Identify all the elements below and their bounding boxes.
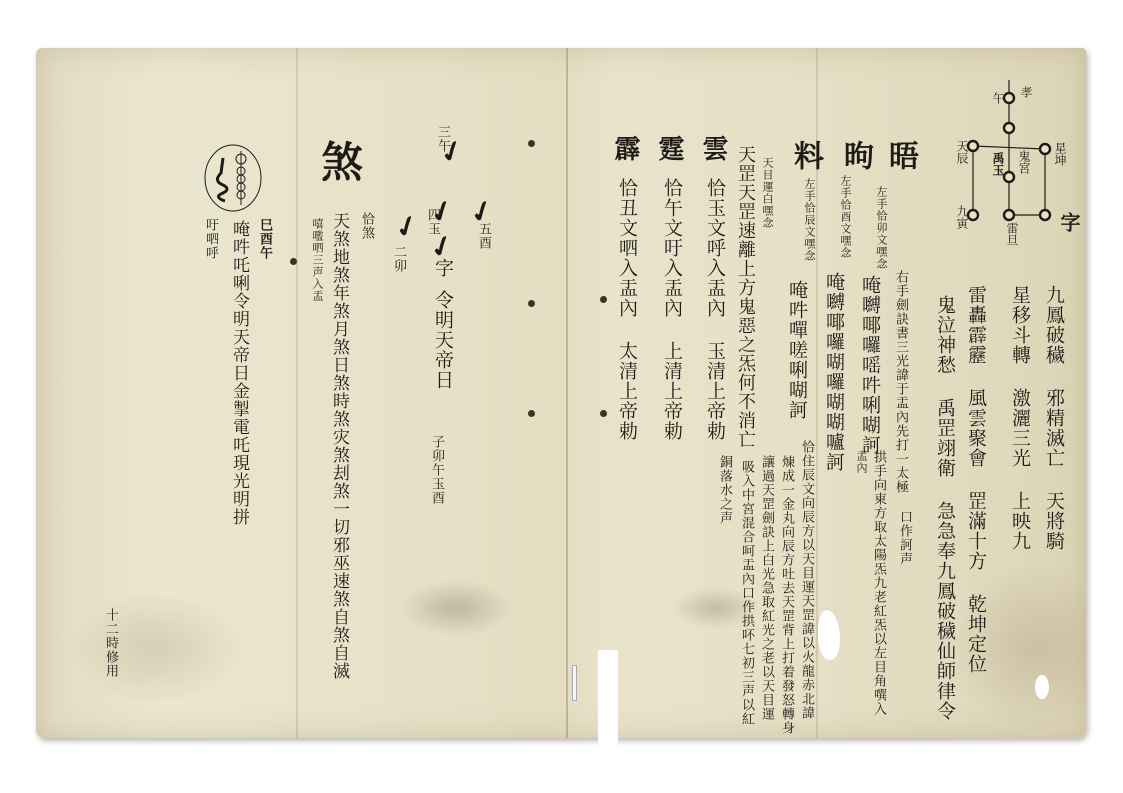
binding-hole	[290, 258, 297, 265]
text-column: 左手恰卯文嘿念	[876, 186, 887, 270]
text-column: 令明天帝日	[433, 290, 452, 390]
text-column: 恰丑文呬入盂內 太清上帝勅	[617, 178, 636, 441]
binding-hole	[528, 300, 535, 307]
manuscript-page	[36, 48, 1086, 738]
text-column: 鬼泣神愁 禹罡翊衛 急急奉九鳳破穢仙師律令	[935, 295, 954, 721]
margin-note: 十二時修用	[104, 608, 117, 678]
paper-tear	[1035, 675, 1049, 699]
text-column: 恰玉文呼入盂內 玉清上帝勅	[705, 178, 724, 441]
talisman-seal-icon	[203, 143, 263, 213]
title-sha: 煞	[318, 140, 360, 183]
paper-tear	[598, 650, 618, 745]
text-column: 雷轟霹靂 風雲聚會 罡滿十方 乾坤定位	[966, 285, 985, 674]
text-column: 拱手向東方取太陽炁九老紅炁以左目角噀入	[872, 450, 885, 716]
text-column: 右手劍訣書三光諱于盂內先打一太極	[894, 270, 907, 494]
binding-hole	[528, 410, 535, 417]
diagram-label: 星坤	[1052, 142, 1069, 166]
diagram-label: 天辰	[954, 140, 971, 164]
header-char: 昫	[840, 140, 870, 171]
text-column: 煉成一金丸向辰方吐去天罡背上打着發怒轉身	[780, 455, 793, 735]
text-column: 天煞地煞年煞月煞日煞時煞灾煞刦煞一切邪巫速煞自煞自滅	[330, 212, 347, 680]
text-column: 吸入中宮混合呵盂內口作拱吥七初三声以紅	[740, 460, 753, 726]
text-column: 唵嚩㖿囉㗅囉㗅㗅嚧訶	[824, 272, 843, 472]
text-column: 唵吽吒唎令明天帝日金掣電吒現光明拼	[230, 220, 247, 526]
binding-hole	[600, 410, 607, 417]
column-head: 霆	[656, 135, 682, 162]
diagram-label: 字	[1055, 212, 1084, 232]
text-column: 恰午文吁入盂內 上清上帝勅	[662, 178, 681, 441]
text-column: 唵吽嘽嗟唎㗅訶	[787, 280, 806, 420]
diagram-label: 禹玉	[990, 152, 1007, 176]
diagram-label: 雷旦	[1004, 222, 1021, 246]
text-column: 嘻嚂呬三声入盂	[312, 218, 323, 302]
text-column: 恰住辰文向辰方以天目運天罡諱以火龍赤北諱	[800, 440, 813, 720]
column-head: 霹	[612, 135, 638, 162]
header-char: 晤	[885, 140, 915, 171]
binding-hole	[600, 296, 607, 303]
text-column: 讓過天罡劍訣上白光急取紅光之老以天目運	[760, 455, 773, 721]
binding-hole	[528, 140, 535, 147]
diagram-label: 鬼宮	[1016, 150, 1033, 174]
fold-line	[296, 48, 298, 738]
text-column: 天目運白嘿念	[762, 157, 773, 229]
text-column: 吁呬呼	[204, 218, 217, 260]
center-fold	[566, 48, 568, 738]
tick-label: 四玉	[426, 208, 439, 236]
text-column: 盂內	[856, 450, 867, 474]
diagram-label: 孝	[1018, 86, 1035, 98]
text-column: 星移斗轉 激灑三光 上映九	[1010, 285, 1029, 551]
text-column: 巳酉午	[258, 218, 271, 260]
text-column: 左手恰酉文嘿念	[840, 175, 851, 259]
text-column: 唵嚩㖿囉嗂吽唎㗅訶	[860, 275, 879, 455]
column-head: 雲	[700, 135, 726, 162]
text-column: 口作訶声	[898, 510, 911, 566]
text-column: 恰煞	[360, 212, 373, 240]
text-column: 子卯午玉酉	[430, 435, 443, 505]
tick-label: 字	[433, 258, 452, 278]
text-column: 左手恰辰文嘿念	[804, 178, 815, 262]
tick-label: 二卯	[392, 245, 405, 273]
diagram-label: 午	[990, 92, 1007, 104]
header-char: 料	[790, 140, 820, 171]
staple	[572, 665, 577, 701]
text-column: 銅落水之声	[718, 455, 731, 525]
text-column: 九鳳破穢 邪精滅亡 天將騎	[1044, 285, 1063, 551]
diagram-label: 九寅	[954, 205, 971, 229]
tick-label: 五酉	[477, 222, 490, 250]
text-column: 天罡天罡速離上方鬼惡之炁何不消亡	[736, 145, 754, 449]
